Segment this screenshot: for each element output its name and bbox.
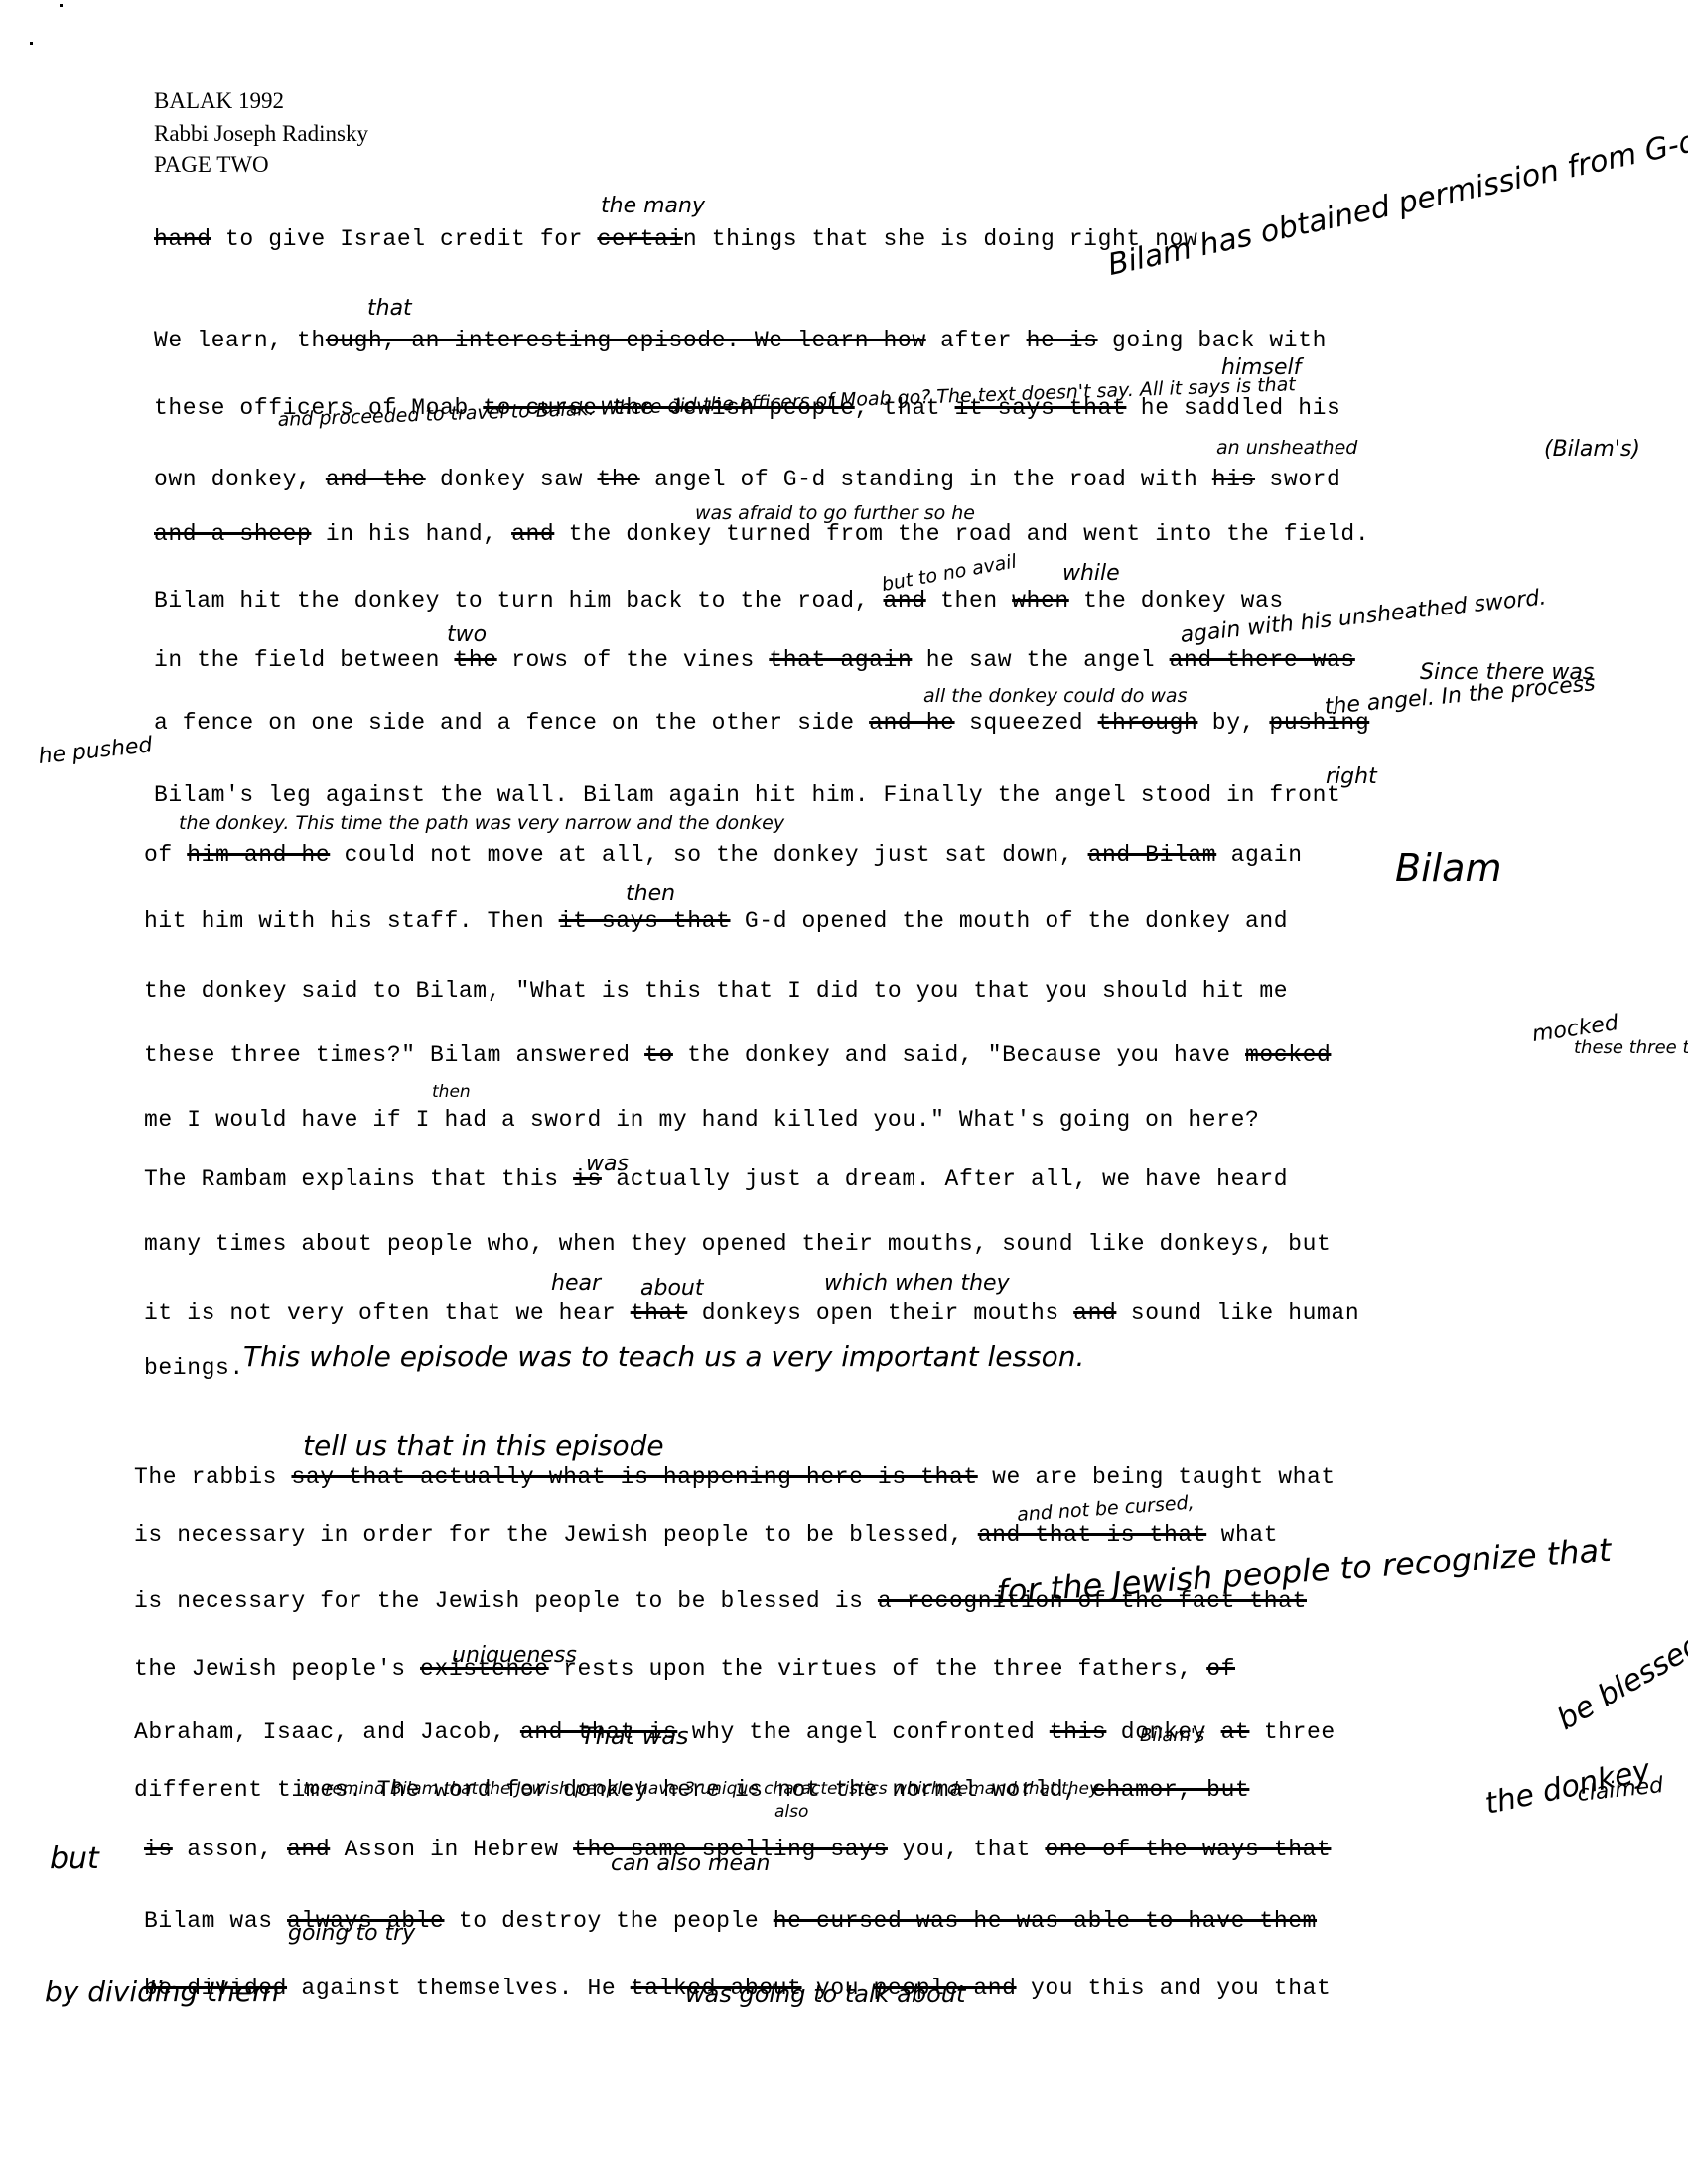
typed-text: many times about people who, when they o… (144, 1231, 1331, 1257)
struck-text: when (1012, 588, 1069, 614)
handwritten-annotation: all the donkey could do was (923, 685, 1187, 707)
typed-line: hit him with his staff. Then it says tha… (144, 908, 1288, 934)
typed-text: why the angel confronted (677, 1719, 1049, 1745)
struck-text: him and he (187, 842, 330, 868)
struck-text: to (644, 1042, 673, 1068)
handwritten-annotation: Bilam's (1140, 1725, 1204, 1746)
typed-text: is necessary for the Jewish people to be… (134, 1588, 878, 1614)
typed-line: is necessary in order for the Jewish peo… (134, 1522, 1278, 1548)
typed-text: beings. (144, 1355, 244, 1381)
typed-text: the donkey turned from the road and went… (554, 521, 1369, 547)
handwritten-annotation: these three times (1574, 1037, 1688, 1058)
typed-text: rows of the vines (497, 647, 770, 673)
handwritten-annotation: that (367, 296, 412, 321)
struck-text: certai (597, 226, 682, 252)
struck-text: and the (326, 467, 426, 492)
typed-line: in the field between the rows of the vin… (154, 647, 1355, 673)
struck-text: and Bilam (1088, 842, 1217, 868)
typed-text: We learn, th (154, 328, 326, 353)
typed-text: sword (1255, 467, 1340, 492)
struck-text: and that is that (978, 1522, 1206, 1548)
struck-text: it says that (559, 908, 731, 934)
struck-text: he cursed was he was able to have them (774, 1908, 1317, 1934)
struck-text: and a sheep (154, 521, 311, 547)
typed-text: donkey saw (426, 467, 598, 492)
struck-text: and there was (1170, 647, 1355, 673)
struck-text: the (597, 467, 639, 492)
struck-text: at (1221, 1719, 1250, 1745)
handwritten-annotation: the many (601, 194, 705, 218)
typed-text: me I would have if I had a sword in my h… (144, 1107, 1259, 1133)
struck-text: of (1206, 1656, 1235, 1682)
typed-text: you this and you that (1017, 1976, 1332, 2001)
typed-text: it is not very often that we hear (144, 1300, 631, 1326)
struck-text: and (511, 521, 554, 547)
handwritten-annotation: but (50, 1842, 99, 1876)
typed-text: The Rambam explains that this (144, 1166, 573, 1192)
typed-text: against themselves. He (287, 1976, 631, 2001)
handwritten-annotation: was going to talk about (685, 1980, 965, 2008)
struck-text: the (454, 647, 496, 673)
handwritten-annotation: That was (581, 1722, 688, 1750)
typed-text: G-d opened the mouth of the donkey and (731, 908, 1289, 934)
handwritten-annotation: an unsheathed (1216, 437, 1357, 459)
typed-line: The Rambam explains that this is actuall… (144, 1166, 1288, 1192)
typed-text: these three times?" Bilam answered (144, 1042, 644, 1068)
struck-text: through (1098, 710, 1198, 736)
struck-text: one of the ways that (1045, 1837, 1331, 1862)
typed-text: Asson in Hebrew (330, 1837, 573, 1862)
typed-text: hit him with his staff. Then (144, 908, 559, 934)
typed-text: Bilam hit the donkey to turn him back to… (154, 588, 884, 614)
typed-text: a fence on one side and a fence on the o… (154, 710, 869, 736)
handwritten-annotation: was (586, 1152, 629, 1176)
typed-text: The rabbis (134, 1464, 291, 1490)
typed-text: in his hand, (311, 521, 511, 547)
document-page: BALAK 1992 Rabbi Joseph Radinsky PAGE TW… (0, 0, 1688, 2184)
typed-text: is necessary in order for the Jewish peo… (134, 1522, 978, 1548)
scan-speck (30, 42, 33, 45)
typed-line: these three times?" Bilam answered to th… (144, 1042, 1331, 1068)
struck-text: and he (869, 710, 954, 736)
typed-line: Bilam's leg against the wall. Bilam agai… (154, 782, 1340, 808)
typed-text: donkeys open their mouths (687, 1300, 1073, 1326)
struck-text: he is (1027, 328, 1098, 353)
typed-text: the donkey was (1069, 588, 1284, 614)
typed-text: angel of G-d standing in the road with (640, 467, 1212, 492)
typed-text: of (144, 842, 187, 868)
typed-text: by, (1197, 710, 1269, 736)
typed-line: a fence on one side and a fence on the o… (154, 710, 1369, 736)
handwritten-annotation: Bilam (1395, 846, 1502, 889)
handwritten-annotation: which when they (824, 1271, 1010, 1296)
typed-line: Bilam hit the donkey to turn him back to… (154, 588, 1284, 614)
handwritten-annotation: the donkey. This time the path was very … (179, 812, 784, 834)
typed-text: he saw the angel (912, 647, 1169, 673)
handwritten-annotation: can also mean (611, 1851, 770, 1876)
struck-text: chamor, but (1092, 1777, 1249, 1803)
typed-text: then (926, 588, 1012, 614)
handwritten-annotation: was afraid to go further so he (695, 502, 975, 524)
typed-line: the Jewish people's existence rests upon… (134, 1656, 1235, 1682)
handwritten-annotation: right (1326, 764, 1377, 789)
handwritten-annotation: be blessed. (1552, 1622, 1688, 1737)
typed-text: sound like human (1116, 1300, 1359, 1326)
typed-text: Bilam's leg against the wall. Bilam agai… (154, 782, 1340, 808)
struck-text: and (287, 1837, 330, 1862)
scan-speck (60, 4, 63, 7)
typed-text: we are being taught what (978, 1464, 1336, 1490)
typed-text: again (1216, 842, 1302, 868)
typed-text: squeezed (955, 710, 1098, 736)
struck-text: mocked (1245, 1042, 1331, 1068)
typed-text: what (1206, 1522, 1278, 1548)
typed-text: going back with (1098, 328, 1327, 353)
struck-text: this (1050, 1719, 1107, 1745)
page-label: PAGE TWO (154, 153, 269, 176)
struck-text: is (144, 1837, 173, 1862)
typed-line: beings. (144, 1355, 244, 1381)
typed-text: the Jewish people's (134, 1656, 420, 1682)
typed-text: after (926, 328, 1027, 353)
handwritten-annotation: This whole episode was to teach us a ver… (243, 1340, 1084, 1373)
handwritten-annotation: uniqueness (452, 1643, 577, 1668)
struck-text: that again (769, 647, 912, 673)
typed-text: you, that (888, 1837, 1045, 1862)
handwritten-annotation: he pushed (37, 733, 153, 769)
handwritten-annotation: hear (551, 1271, 601, 1296)
typed-text: actually just a dream. After all, we hav… (602, 1166, 1288, 1192)
typed-line: the donkey said to Bilam, "What is this … (144, 978, 1288, 1004)
struck-text: say that actually what is happening here… (291, 1464, 977, 1490)
typed-text: could not move at all, so the donkey jus… (330, 842, 1087, 868)
typed-text: own donkey, (154, 467, 326, 492)
handwritten-annotation: also (774, 1802, 808, 1822)
typed-line: hand to give Israel credit for certain t… (154, 226, 1212, 252)
handwritten-annotation: about (640, 1276, 703, 1300)
typed-line: and a sheep in his hand, and the donkey … (154, 521, 1369, 547)
struck-text: his (1212, 467, 1255, 492)
struck-text: hand (154, 226, 211, 252)
typed-line: many times about people who, when they o… (144, 1231, 1331, 1257)
typed-line: The rabbis say that actually what is hap… (134, 1464, 1336, 1490)
handwritten-annotation: then (626, 882, 675, 906)
document-author: Rabbi Joseph Radinsky (154, 122, 368, 145)
typed-line: own donkey, and the donkey saw the angel… (154, 467, 1340, 492)
handwritten-annotation: to remind Bilam that the Jewish people h… (303, 1779, 1099, 1799)
handwritten-annotation: while (1062, 561, 1120, 586)
struck-text: ough, an interesting episode. We learn h… (326, 328, 926, 353)
document-title: BALAK 1992 (154, 89, 284, 112)
typed-text: Abraham, Isaac, and Jacob, (134, 1719, 520, 1745)
handwritten-annotation: tell us that in this episode (303, 1430, 664, 1462)
struck-text: that (631, 1300, 688, 1326)
typed-text: rests upon the virtues of the three fath… (549, 1656, 1207, 1682)
typed-line: me I would have if I had a sword in my h… (144, 1107, 1259, 1133)
handwritten-annotation: two (447, 622, 487, 647)
handwritten-annotation: by dividing them (45, 1976, 279, 2008)
typed-text: in the field between (154, 647, 454, 673)
handwritten-annotation: Bilam has obtained permission from G-d t… (1105, 116, 1688, 283)
handwritten-annotation: and not be cursed, (1016, 1492, 1195, 1526)
typed-line: it is not very often that we hear that d… (144, 1300, 1359, 1326)
typed-text: the donkey and said, "Because you have (673, 1042, 1245, 1068)
struck-text: and (1073, 1300, 1116, 1326)
typed-text: three (1249, 1719, 1335, 1745)
typed-line: We learn, though, an interesting episode… (154, 328, 1327, 353)
typed-text: Bilam was (144, 1908, 287, 1934)
handwritten-annotation: then (432, 1082, 471, 1102)
typed-text: to give Israel credit for (211, 226, 598, 252)
handwritten-annotation: going to try (288, 1921, 415, 1946)
typed-line: of him and he could not move at all, so … (144, 842, 1303, 868)
typed-text: the donkey said to Bilam, "What is this … (144, 978, 1288, 1004)
handwritten-annotation: (Bilam's) (1544, 437, 1640, 462)
typed-text: asson, (173, 1837, 287, 1862)
typed-text: to destroy the people (444, 1908, 773, 1934)
